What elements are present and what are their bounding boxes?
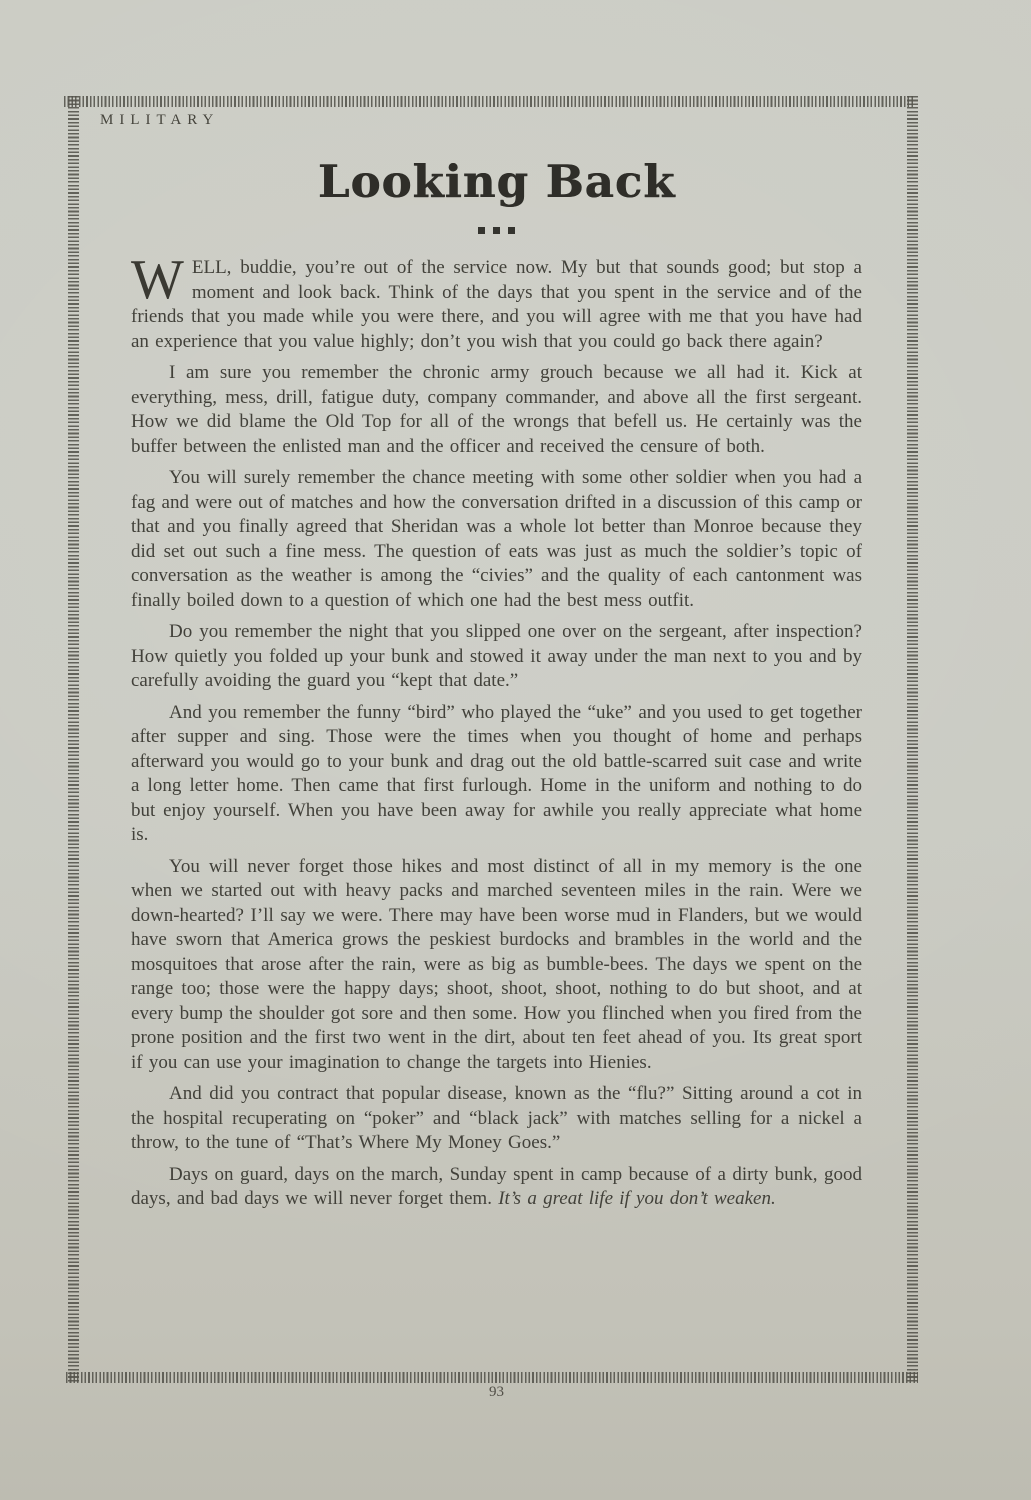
paragraph-text: ELL, buddie, you’re out of the service n… xyxy=(131,257,862,352)
paragraph-text: And you remember the funny “bird” who pl… xyxy=(131,702,862,846)
page-title: Looking Back xyxy=(131,155,862,208)
paragraph-text: Do you remember the night that you slipp… xyxy=(131,621,862,691)
paragraph: Days on guard, days on the march, Sunday… xyxy=(131,1163,862,1212)
paragraph: I am sure you remember the chronic army … xyxy=(131,361,862,459)
square-dot-icon xyxy=(493,227,500,234)
closing-phrase: It’s a great life if you don’t weaken. xyxy=(498,1188,776,1209)
paragraph-text: I am sure you remember the chronic army … xyxy=(131,362,862,457)
paragraph: You will surely remember the chance meet… xyxy=(131,466,862,613)
border-bottom xyxy=(66,1372,918,1383)
paragraph-text: You will surely remember the chance meet… xyxy=(131,467,862,611)
paragraph-text: And did you contract that popular diseas… xyxy=(131,1083,862,1153)
section-label: MILITARY xyxy=(100,112,219,129)
square-dot-icon xyxy=(478,227,485,234)
square-dot-icon xyxy=(508,227,515,234)
ornament-dots-icon xyxy=(131,227,862,234)
paragraph-text: You will never forget those hikes and mo… xyxy=(131,856,862,1073)
paragraph: Do you remember the night that you slipp… xyxy=(131,620,862,694)
scanned-page: MILITARY Looking Back WELL, buddie, you’… xyxy=(0,0,1031,1500)
paragraph: And you remember the funny “bird” who pl… xyxy=(131,701,862,848)
page-number: 93 xyxy=(131,1384,862,1401)
border-right xyxy=(907,96,918,1383)
paragraph: And did you contract that popular diseas… xyxy=(131,1082,862,1156)
paragraph: You will never forget those hikes and mo… xyxy=(131,855,862,1076)
article-body: WELL, buddie, you’re out of the service … xyxy=(131,256,862,1219)
paragraph: WELL, buddie, you’re out of the service … xyxy=(131,256,862,354)
drop-cap: W xyxy=(131,256,192,302)
border-top xyxy=(64,96,915,107)
border-left xyxy=(68,96,79,1383)
